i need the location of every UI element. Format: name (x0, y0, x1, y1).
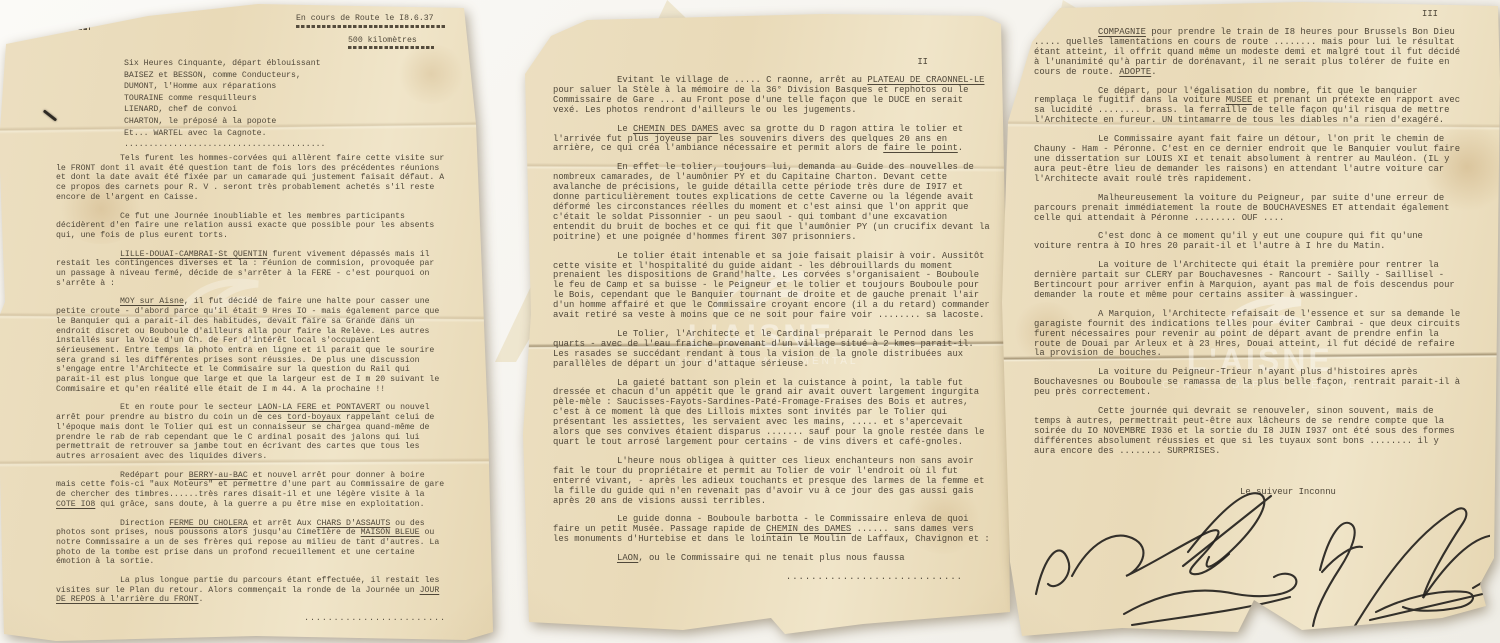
typed-underline (296, 25, 446, 28)
handwritten-signatures (1020, 474, 1490, 639)
scanned-document-photo: { "watermark": { "title": "L'AISNE", "su… (0, 0, 1500, 643)
paragraph: Cette journée qui devrait se renouveler,… (1034, 407, 1462, 457)
underlined-phrase: CHEMIN des DAMES (766, 524, 851, 534)
text-segment: En effet le tolier, toujours lui, demand… (553, 162, 990, 241)
underlined-phrase: FERME DU CHOLERA (169, 519, 248, 528)
distance-heading: 500 kilomètres (348, 36, 417, 45)
text-segment: pour saluer la Stèle à la mémoire de la … (553, 85, 968, 115)
text-segment: Le Commissaire ayant fait faire un détou… (1034, 134, 1460, 184)
text-segment: qui grâce, sans doute, à la guerre a pu … (95, 500, 424, 509)
text-segment: Direction (120, 519, 169, 528)
paragraph: Tels furent les hommes-corvées qui allèr… (56, 154, 446, 203)
signature (1313, 523, 1362, 626)
underlined-phrase: CHEMIN DES DAMES (633, 124, 718, 134)
underlined-phrase: MOY sur Aisne (120, 297, 184, 306)
typed-underline (348, 46, 434, 49)
page1-body: Tels furent les hommes-corvées qui allèr… (56, 154, 446, 624)
org-initials: P.C.D.F. (42, 16, 81, 25)
underlined-phrase: MAISON BLEUE (361, 528, 420, 537)
page-2: L'AISNE CONSEIL DÉPARTEMENTAL II Evitant… (523, 14, 1010, 637)
signature (1124, 574, 1296, 625)
underlined-phrase: ADOPTE (1119, 67, 1151, 77)
paragraph: Evitant le village de ..... C raonne, ar… (553, 76, 991, 116)
paragraph: LAON, ou le Commissaire qui ne tenait pl… (553, 554, 991, 564)
underlined-phrase: faire le point (883, 143, 958, 153)
page-number: III (1422, 10, 1438, 20)
page-number: II (917, 58, 928, 68)
text-segment: La voiture de l'Architecte qui était la … (1034, 260, 1455, 300)
crew-list: Six Heures Cinquante, départ éblouissant… (124, 58, 325, 151)
text-segment: Redépart pour (120, 471, 189, 480)
paragraph: L'heure nous obligea à quitter ces lieux… (553, 457, 991, 507)
text-segment: , il fut décidé de faire une halte pour … (56, 297, 439, 393)
text-segment: Le tolier était intenable et sa joie fai… (553, 251, 990, 320)
text-segment: Evitant le village de ..... C raonne, ar… (617, 75, 867, 85)
paragraph: C'est donc à ce moment qu'il y eut une c… (1034, 232, 1462, 252)
paragraph: Le CHEMIN DES DAMES avec sa grotte du D … (553, 125, 991, 155)
underlined-phrase: COTE IO8 (56, 500, 95, 509)
text-segment: La gaieté battant son plein et la cuista… (553, 378, 984, 447)
text-segment: Cette journée qui devrait se renouveler,… (1034, 406, 1455, 456)
text-segment: L'heure nous obligea à quitter ces lieux… (553, 456, 984, 506)
dotted-separator: ............................ (553, 573, 991, 583)
page1-header-left: P.C.D.F. (42, 16, 90, 30)
paragraph: LILLE-DOUAI-CAMBRAI-St QUENTIN furent vi… (56, 250, 446, 289)
staple-mark (43, 109, 57, 121)
crew-list-line: Six Heures Cinquante, départ éblouissant (124, 58, 325, 70)
paragraph: Ce départ, pour l'égalisation du nombre,… (1034, 87, 1462, 127)
page-1: L'AISNE P.C.D.F. En cours de Route le I8… (0, 4, 496, 643)
signature (1183, 493, 1271, 566)
signature (1370, 591, 1487, 620)
crew-list-line: CHARTON, le préposé à la popote (124, 116, 325, 128)
underlined-phrase: LAON (617, 553, 638, 563)
underlined-phrase: LILLE-DOUAI-CAMBRAI-St QUENTIN (120, 250, 267, 259)
paragraph: En effet le tolier, toujours lui, demand… (553, 163, 991, 242)
paragraph: Le guide donna - Bouboule barbotta - le … (553, 515, 991, 545)
text-segment: La voiture du Peigneur-Trieur n'ayant pl… (1034, 367, 1460, 397)
text-segment: Ce fut une Journée inoubliable et les me… (56, 212, 434, 240)
underlined-phrase: BERRY-au-BAC (189, 471, 248, 480)
text-segment: A Marquion, l'Architecte refaisait de l'… (1034, 309, 1460, 359)
paragraph: Et en route pour le secteur LAON-LA FERE… (56, 403, 446, 461)
underlined-phrase: COMPAGNIE (1098, 27, 1146, 37)
paragraph: MOY sur Aisne, il fut décidé de faire un… (56, 297, 446, 394)
text-segment: . (958, 143, 963, 153)
underlined-phrase: MUSEE (1226, 95, 1253, 105)
paragraph: Le tolier était intenable et sa joie fai… (553, 252, 991, 321)
paragraph: La voiture du Peigneur-Trieur n'ayant pl… (1034, 368, 1462, 398)
paragraph: Le Tolier, l'Architecte et le Cardinal p… (553, 330, 991, 370)
paragraph: La gaieté battant son plein et la cuista… (553, 379, 991, 448)
text-segment: , ou le Commissaire qui ne tenait plus n… (638, 553, 904, 563)
page2-body: Evitant le village de ..... C raonne, ar… (553, 76, 991, 583)
paragraph: La voiture de l'Architecte qui était la … (1034, 261, 1462, 301)
underlined-phrase: tord-boyaux (287, 413, 341, 422)
text-segment: et nouvel arrêt pour donner à boire mais… (56, 471, 444, 499)
crew-list-line: Et... WARTEL avec la Cagnote. (124, 128, 325, 140)
page-3: L'AISNE CONSEIL DÉPARTEMENTAL III COMPAG… (1002, 2, 1500, 640)
underlined-phrase: PLATEAU DE CRAONNEL-LE (867, 75, 984, 85)
signature (1036, 530, 1229, 594)
typed-underline (42, 27, 90, 30)
crew-list-line: BAISEZ et BESSON, comme Conducteurs, (124, 70, 325, 82)
crew-list-line: TOURAINE comme resquilleurs (124, 93, 325, 105)
text-segment: C'est donc à ce moment qu'il y eut une c… (1034, 231, 1423, 251)
paragraph: A Marquion, l'Architecte refaisait de l'… (1034, 310, 1462, 360)
crew-list-line: ........................................… (124, 139, 325, 151)
text-segment: et arrêt Aux (248, 519, 317, 528)
dotted-separator: ........................ (56, 614, 446, 624)
crew-list-line: LIENARD, chef de convoi (124, 104, 325, 116)
text-segment: . (1151, 67, 1156, 77)
paragraph: Malheureusement la voiture du Peigneur, … (1034, 194, 1462, 224)
text-segment: Malheureusement la voiture du Peigneur, … (1034, 193, 1449, 223)
text-segment: . (199, 595, 204, 604)
page3-body: COMPAGNIE pour prendre le train de I8 he… (1034, 28, 1462, 466)
text-segment: Le (617, 124, 633, 134)
page1-header-right: En cours de Route le I8.6.37 500 kilomèt… (296, 14, 446, 49)
text-segment: La plus longue partie du parcours étant … (56, 576, 439, 595)
crew-list-line: DUMONT, l'Homme aux réparations (124, 81, 325, 93)
underlined-phrase: CHARS D'ASSAUTS (317, 519, 391, 528)
paragraph: Redépart pour BERRY-au-BAC et nouvel arr… (56, 471, 446, 510)
signature (1350, 508, 1490, 634)
text-segment: Et en route pour le secteur (120, 403, 258, 412)
text-segment: Tels furent les hommes-corvées qui allèr… (56, 154, 444, 202)
route-date-heading: En cours de Route le I8.6.37 (296, 14, 434, 23)
paragraph: COMPAGNIE pour prendre le train de I8 he… (1034, 28, 1462, 78)
paragraph: Ce fut une Journée inoubliable et les me… (56, 212, 446, 241)
text-segment: Le Tolier, l'Architecte et le Cardinal p… (553, 329, 974, 369)
underlined-phrase: LAON-LA FERE et PONTAVERT (258, 403, 381, 412)
paragraph: La plus longue partie du parcours étant … (56, 576, 446, 605)
paragraph: Le Commissaire ayant fait faire un détou… (1034, 135, 1462, 185)
paragraph: Direction FERME DU CHOLERA et arrêt Aux … (56, 519, 446, 568)
